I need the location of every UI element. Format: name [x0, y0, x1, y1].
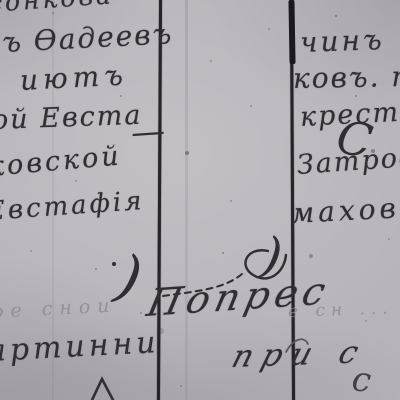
handwriting-line: въ Ѳадеевъ	[0, 17, 174, 60]
handwriting-line: ковской	[0, 140, 123, 183]
handwriting-line: ой Евста	[0, 100, 143, 136]
handwriting-line: Евстафія	[0, 186, 145, 227]
scanned-document-page: сонкова въ Ѳадеевъ иютъ ой Евста ковской…	[0, 0, 400, 400]
column-rule-right-cap	[288, 0, 295, 64]
handwriting-line-faint: ое снои	[0, 294, 117, 322]
ornate-script-subline: при с	[228, 334, 372, 375]
handwriting-line: ковъ. т	[293, 60, 400, 95]
flourish-paren-left: )	[110, 241, 148, 312]
handwriting-line: чинъ	[299, 23, 385, 59]
paper-crease	[185, 0, 188, 400]
handwriting-line: иютъ	[19, 58, 128, 97]
hyphen-mark: —	[130, 111, 167, 153]
ink-dot	[112, 262, 116, 266]
handwriting-line: махов	[290, 191, 400, 230]
handwriting-line: сонкова	[0, 0, 115, 18]
handwriting-line: артинни	[0, 325, 160, 369]
